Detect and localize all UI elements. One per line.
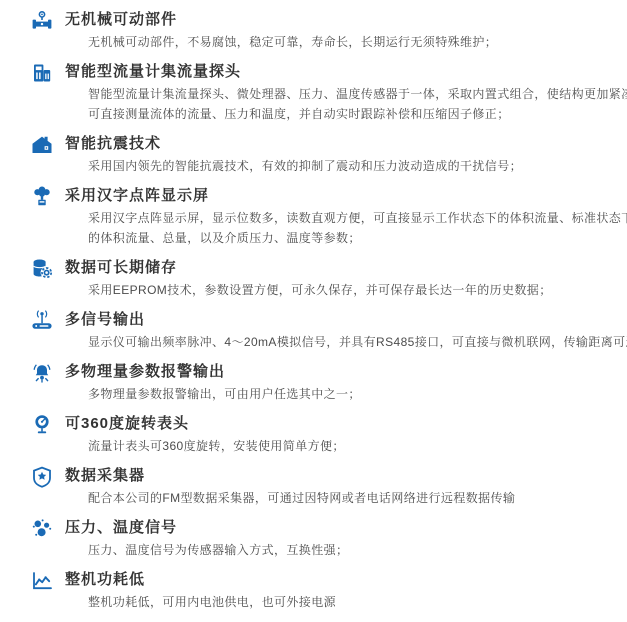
feature-desc-line: 无机械可动部件，不易腐蚀，稳定可靠，寿命长，长期运行无须特殊维护； bbox=[88, 32, 617, 52]
feature-item: 整机功耗低 整机功耗低，可用内电池供电，也可外接电源 bbox=[30, 569, 617, 612]
feature-title: 无机械可动部件 bbox=[65, 9, 617, 30]
feature-title: 采用汉字点阵显示屏 bbox=[65, 185, 617, 206]
feature-title: 智能型流量计集流量探头 bbox=[65, 61, 617, 82]
router-signal-icon bbox=[30, 309, 55, 333]
shield-star-icon bbox=[30, 465, 55, 489]
feature-desc-line: 显示仪可输出频率脉冲、4～20mA模拟信号，并具有RS485接口，可直接与微机联… bbox=[88, 332, 617, 352]
feature-title: 多物理量参数报警输出 bbox=[65, 361, 617, 382]
feature-desc-line: 配合本公司的FM型数据采集器，可通过因特网或者电话网络进行远程数据传输 bbox=[88, 488, 617, 508]
alarm-output-icon bbox=[30, 361, 55, 385]
feature-item: 智能抗震技术 采用国内领先的智能抗震技术，有效的抑制了震动和压力波动造成的干扰信… bbox=[30, 133, 617, 176]
features-list: 无机械可动部件 无机械可动部件，不易腐蚀，稳定可靠，寿命长，长期运行无须特殊维护… bbox=[0, 0, 627, 612]
dot-matrix-display-icon bbox=[30, 185, 55, 209]
feature-desc-line: 多物理量参数报警输出，可由用户任选其中之一； bbox=[88, 384, 617, 404]
feature-item: 采用汉字点阵显示屏 采用汉字点阵显示屏，显示位数多，读数直观方便，可直接显示工作… bbox=[30, 185, 617, 248]
feature-desc-line: 流量计表头可360度旋转，安装使用简单方便； bbox=[88, 436, 617, 456]
feature-desc-line: 采用汉字点阵显示屏，显示位数多，读数直观方便，可直接显示工作状态下的体积流量、标… bbox=[88, 208, 617, 228]
feature-item: 数据可长期储存 采用EEPROM技术，参数设置方便，可永久保存，并可保存最长达一… bbox=[30, 257, 617, 300]
feature-item: 多信号输出 显示仪可输出频率脉冲、4～20mA模拟信号，并具有RS485接口，可… bbox=[30, 309, 617, 352]
feature-desc-line: 的体积流量、总量，以及介质压力、温度等参数； bbox=[88, 228, 617, 248]
feature-desc-line: 智能型流量计集流量探头、微处理器、压力、温度传感器于一体，采取内置式组合，使结构… bbox=[88, 84, 617, 104]
feature-title: 压力、温度信号 bbox=[65, 517, 617, 538]
anti-vibration-house-icon bbox=[30, 133, 55, 157]
pressure-temperature-molecules-icon bbox=[30, 517, 55, 541]
feature-title: 智能抗震技术 bbox=[65, 133, 617, 154]
feature-desc-line: 可直接测量流体的流量、压力和温度，并自动实时跟踪补偿和压缩因子修正； bbox=[88, 104, 617, 124]
feature-title: 数据采集器 bbox=[65, 465, 617, 486]
feature-desc-line: 整机功耗低，可用内电池供电，也可外接电源 bbox=[88, 592, 617, 612]
feature-title: 多信号输出 bbox=[65, 309, 617, 330]
flowmeter-body-gauge-icon bbox=[30, 9, 55, 33]
feature-title: 数据可长期储存 bbox=[65, 257, 617, 278]
feature-item: 数据采集器 配合本公司的FM型数据采集器，可通过因特网或者电话网络进行远程数据传… bbox=[30, 465, 617, 508]
feature-item: 多物理量参数报警输出 多物理量参数报警输出，可由用户任选其中之一； bbox=[30, 361, 617, 404]
feature-item: 可360度旋转表头 流量计表头可360度旋转，安装使用简单方便； bbox=[30, 413, 617, 456]
feature-title: 整机功耗低 bbox=[65, 569, 617, 590]
feature-item: 压力、温度信号 压力、温度信号为传感器输入方式，互换性强； bbox=[30, 517, 617, 560]
feature-item: 无机械可动部件 无机械可动部件，不易腐蚀，稳定可靠，寿命长，长期运行无须特殊维护… bbox=[30, 9, 617, 52]
line-chart-icon bbox=[30, 569, 55, 593]
feature-title: 可360度旋转表头 bbox=[65, 413, 617, 434]
rotating-gauge-head-icon bbox=[30, 413, 55, 437]
feature-item: 智能型流量计集流量探头 智能型流量计集流量探头、微处理器、压力、温度传感器于一体… bbox=[30, 61, 617, 124]
meter-device-icon bbox=[30, 61, 55, 85]
feature-desc-line: 采用EEPROM技术，参数设置方便，可永久保存，并可保存最长达一年的历史数据； bbox=[88, 280, 617, 300]
feature-desc-line: 采用国内领先的智能抗震技术，有效的抑制了震动和压力波动造成的干扰信号； bbox=[88, 156, 617, 176]
database-gear-icon bbox=[30, 257, 55, 281]
feature-desc-line: 压力、温度信号为传感器输入方式，互换性强； bbox=[88, 540, 617, 560]
